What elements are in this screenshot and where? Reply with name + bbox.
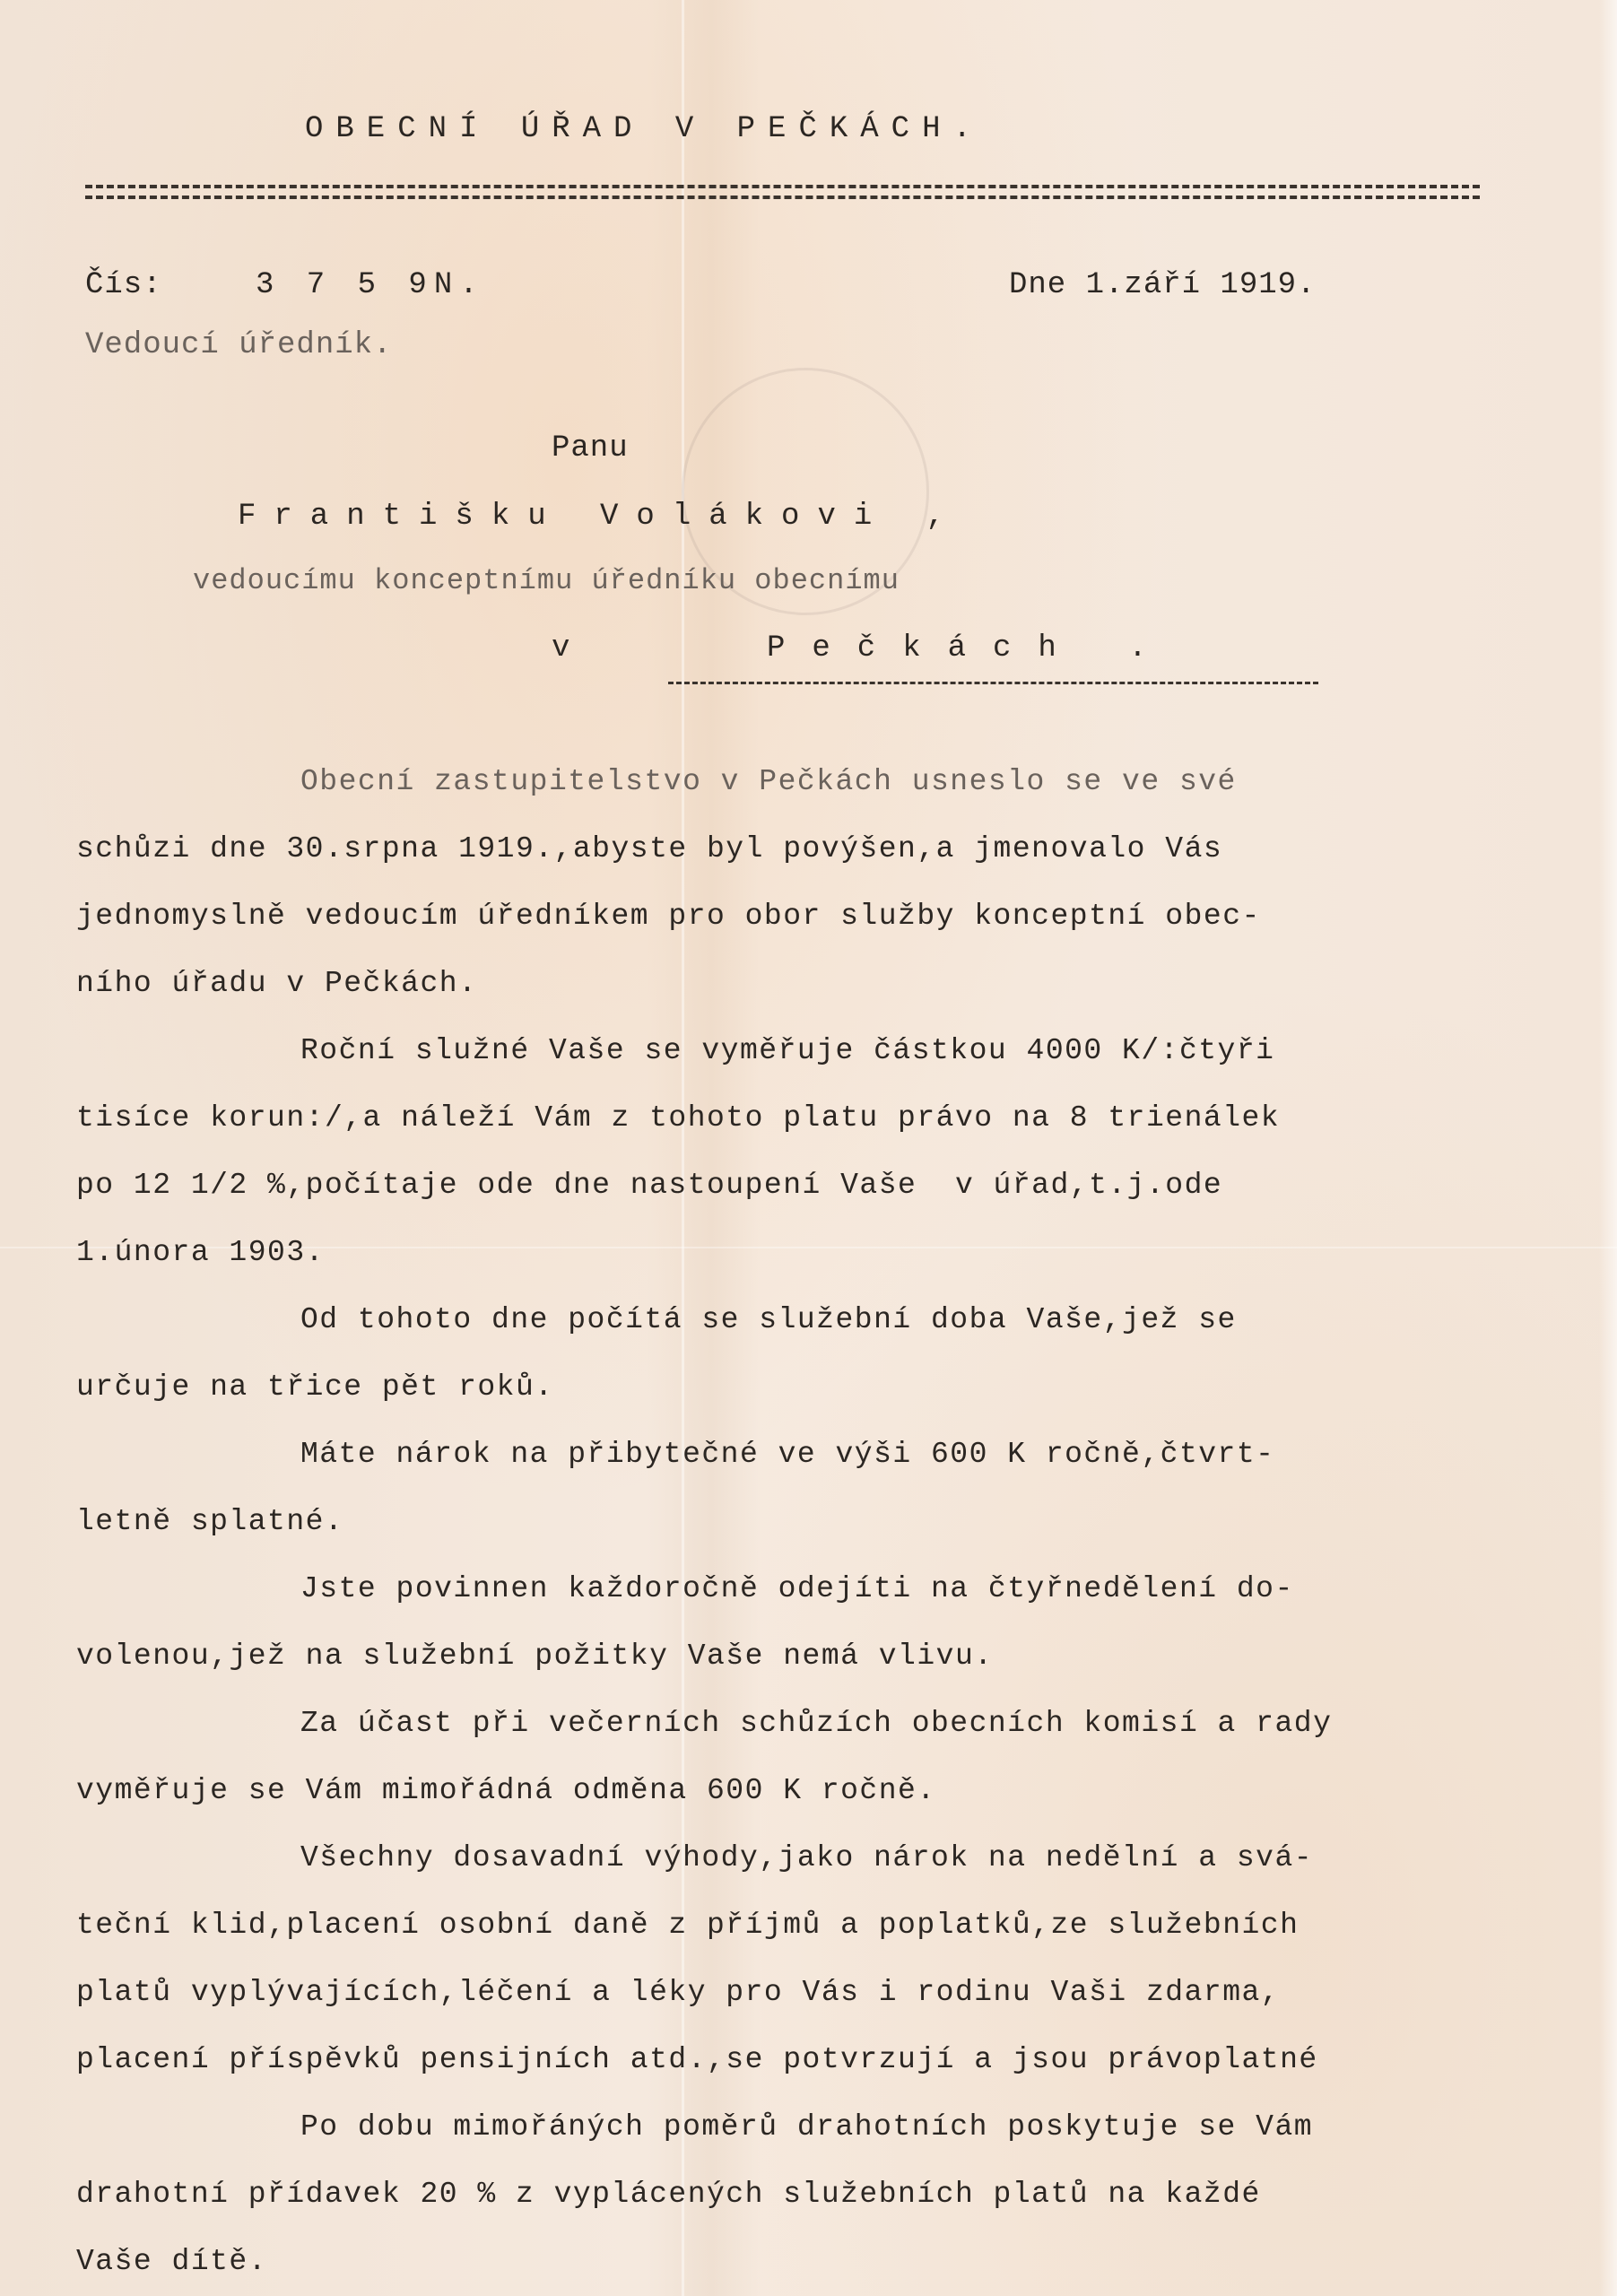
body-line: Po dobu mimořáných poměrů drahotních pos… <box>300 2109 1313 2145</box>
body-line: Od tohoto dne počítá se služební doba Va… <box>300 1302 1237 1338</box>
office-title: OBECNÍ ÚŘAD V PEČKÁCH. <box>305 111 984 147</box>
body-line: po 12 1/2 %,počítaje ode dne nastoupení … <box>76 1168 1222 1204</box>
reference-number: 3 7 5 9N. <box>256 267 485 303</box>
body-line: schůzi dne 30.srpna 1919.,abyste byl pov… <box>76 831 1222 867</box>
body-line: volenou,jež na služební požitky Vaše nem… <box>76 1639 994 1674</box>
place-prefix: v <box>552 631 570 666</box>
body-line: Za účast při večerních schůzích obecních… <box>300 1706 1332 1742</box>
salutation: Panu <box>552 430 629 466</box>
body-line: určuje na třice pět roků. <box>76 1370 554 1405</box>
addressee-position: vedoucímu konceptnímu úředníku obecnímu <box>193 563 900 599</box>
body-line: ního úřadu v Pečkách. <box>76 966 477 1002</box>
title-rule-top <box>85 185 1480 188</box>
body-line: letně splatné. <box>76 1504 343 1540</box>
addressee-place: Pečkách . <box>767 631 1174 666</box>
addressee-name: Františku Volákovi , <box>238 499 962 535</box>
body-line: jednomyslně vedoucím úředníkem pro obor … <box>76 899 1261 935</box>
body-line: tisíce korun:/,a náleží Vám z tohoto pla… <box>76 1100 1280 1136</box>
sender-role: Vedoucí úředník. <box>85 327 392 363</box>
body-line: vyměřuje se Vám mimořádná odměna 600 K r… <box>76 1773 936 1809</box>
paper-edge <box>1599 0 1617 2296</box>
address-underline <box>668 682 1318 684</box>
body-line: teční klid,placení osobní daně z příjmů … <box>76 1908 1299 1944</box>
body-line: Všechny dosavadní výhody,jako nárok na n… <box>300 1840 1313 1876</box>
body-line: Obecní zastupitelstvo v Pečkách usneslo … <box>300 764 1237 800</box>
reference-label: Čís: <box>85 267 162 303</box>
body-line: Jste povinnen každoročně odejíti na čtyř… <box>300 1571 1294 1607</box>
body-line: platů vyplývajících,léčení a léky pro Vá… <box>76 1975 1280 2011</box>
body-line: drahotní přídavek 20 % z vyplácených slu… <box>76 2177 1261 2213</box>
body-line: Vaše dítě. <box>76 2244 267 2280</box>
paper-fold-vertical <box>682 0 684 2296</box>
body-line: placení příspěvků pensijních atd.,se pot… <box>76 2042 1318 2078</box>
letter-date: Dne 1.září 1919. <box>1009 267 1316 303</box>
title-rule-bottom <box>85 196 1480 199</box>
body-line: Máte nárok na přibytečné ve výši 600 K r… <box>300 1437 1274 1473</box>
body-line: Roční služné Vaše se vyměřuje částkou 40… <box>300 1033 1274 1069</box>
body-line: 1.února 1903. <box>76 1235 325 1271</box>
